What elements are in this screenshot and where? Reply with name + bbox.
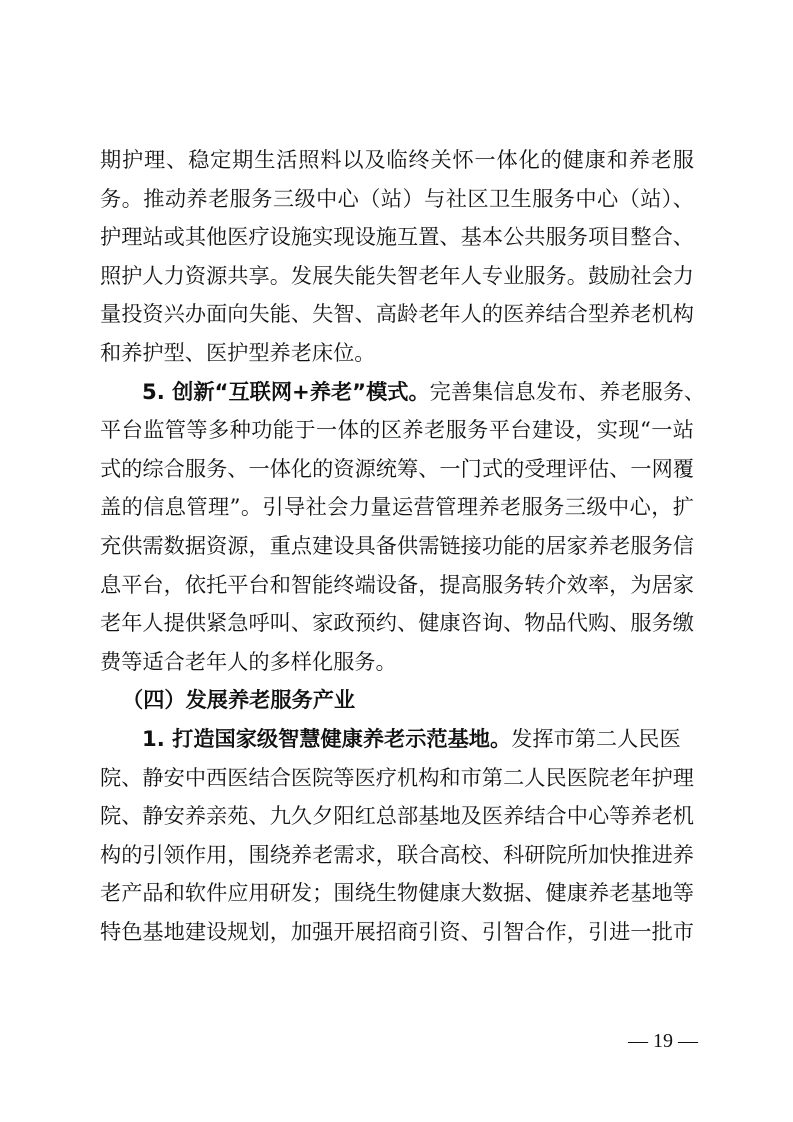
text-line: 期护理、稳定期生活照料以及临终关怀一体化的健康和养老服	[100, 141, 694, 180]
text-line: 务。推动养老服务三级中心（站）与社区卫生服务中心（站）、	[100, 180, 694, 219]
text-line: 院、静安中西医结合医院等医疗机构和市第二人民医院老年护理	[100, 759, 694, 798]
document-page: 期护理、稳定期生活照料以及临终关怀一体化的健康和养老服 务。推动养老服务三级中心…	[100, 141, 694, 951]
text-line: 费等适合老年人的多样化服务。	[100, 643, 694, 682]
text-line: 构的引领作用，围绕养老需求，联合高校、科研院所加快推进养	[100, 836, 694, 875]
text-span: 发挥市第二人民医	[511, 726, 681, 751]
text-line: 护理站或其他医疗设施实现设施互置、基本公共服务项目整合、	[100, 218, 694, 257]
text-line: 盖的信息管理”。引导社会力量运营管理养老服务三级中心，扩	[100, 488, 694, 527]
text-line: 式的综合服务、一体化的资源统筹、一门式的受理评估、一网覆	[100, 450, 694, 489]
text-line: 和养护型、医护型养老床位。	[100, 334, 694, 373]
paragraph-first-line: 1. 打造国家级智慧健康养老示范基地。发挥市第二人民医	[100, 720, 694, 759]
text-line: 照护人力资源共享。发展失能失智老年人专业服务。鼓励社会力	[100, 257, 694, 296]
text-line: 平台监管等多种功能于一体的区养老服务平台建设，实现“一站	[100, 411, 694, 450]
section-heading: （四）发展养老服务产业	[100, 681, 694, 720]
section-lead-title: 1. 打造国家级智慧健康养老示范基地。	[142, 726, 511, 751]
paragraph-first-line: 5. 创新“互联网+养老”模式。完善集信息发布、养老服务、	[100, 373, 694, 412]
text-line: 特色基地建设规划，加强开展招商引资、引智合作，引进一批市	[100, 913, 694, 952]
text-line: 院、静安养亲苑、九久夕阳红总部基地及医养结合中心等养老机	[100, 797, 694, 836]
text-line: 息平台，依托平台和智能终端设备，提高服务转介效率，为居家	[100, 566, 694, 605]
text-span: 完善集信息发布、养老服务、	[430, 379, 705, 404]
text-line: 老年人提供紧急呼叫、家政预约、健康咨询、物品代购、服务缴	[100, 604, 694, 643]
text-line: 量投资兴办面向失能、失智、高龄老年人的医养结合型养老机构	[100, 295, 694, 334]
section-lead-title: 5. 创新“互联网+养老”模式。	[142, 379, 430, 404]
page-number: — 19 —	[628, 1030, 698, 1053]
text-line: 充供需数据资源，重点建设具备供需链接功能的居家养老服务信	[100, 527, 694, 566]
text-line: 老产品和软件应用研发；围绕生物健康大数据、健康养老基地等	[100, 874, 694, 913]
